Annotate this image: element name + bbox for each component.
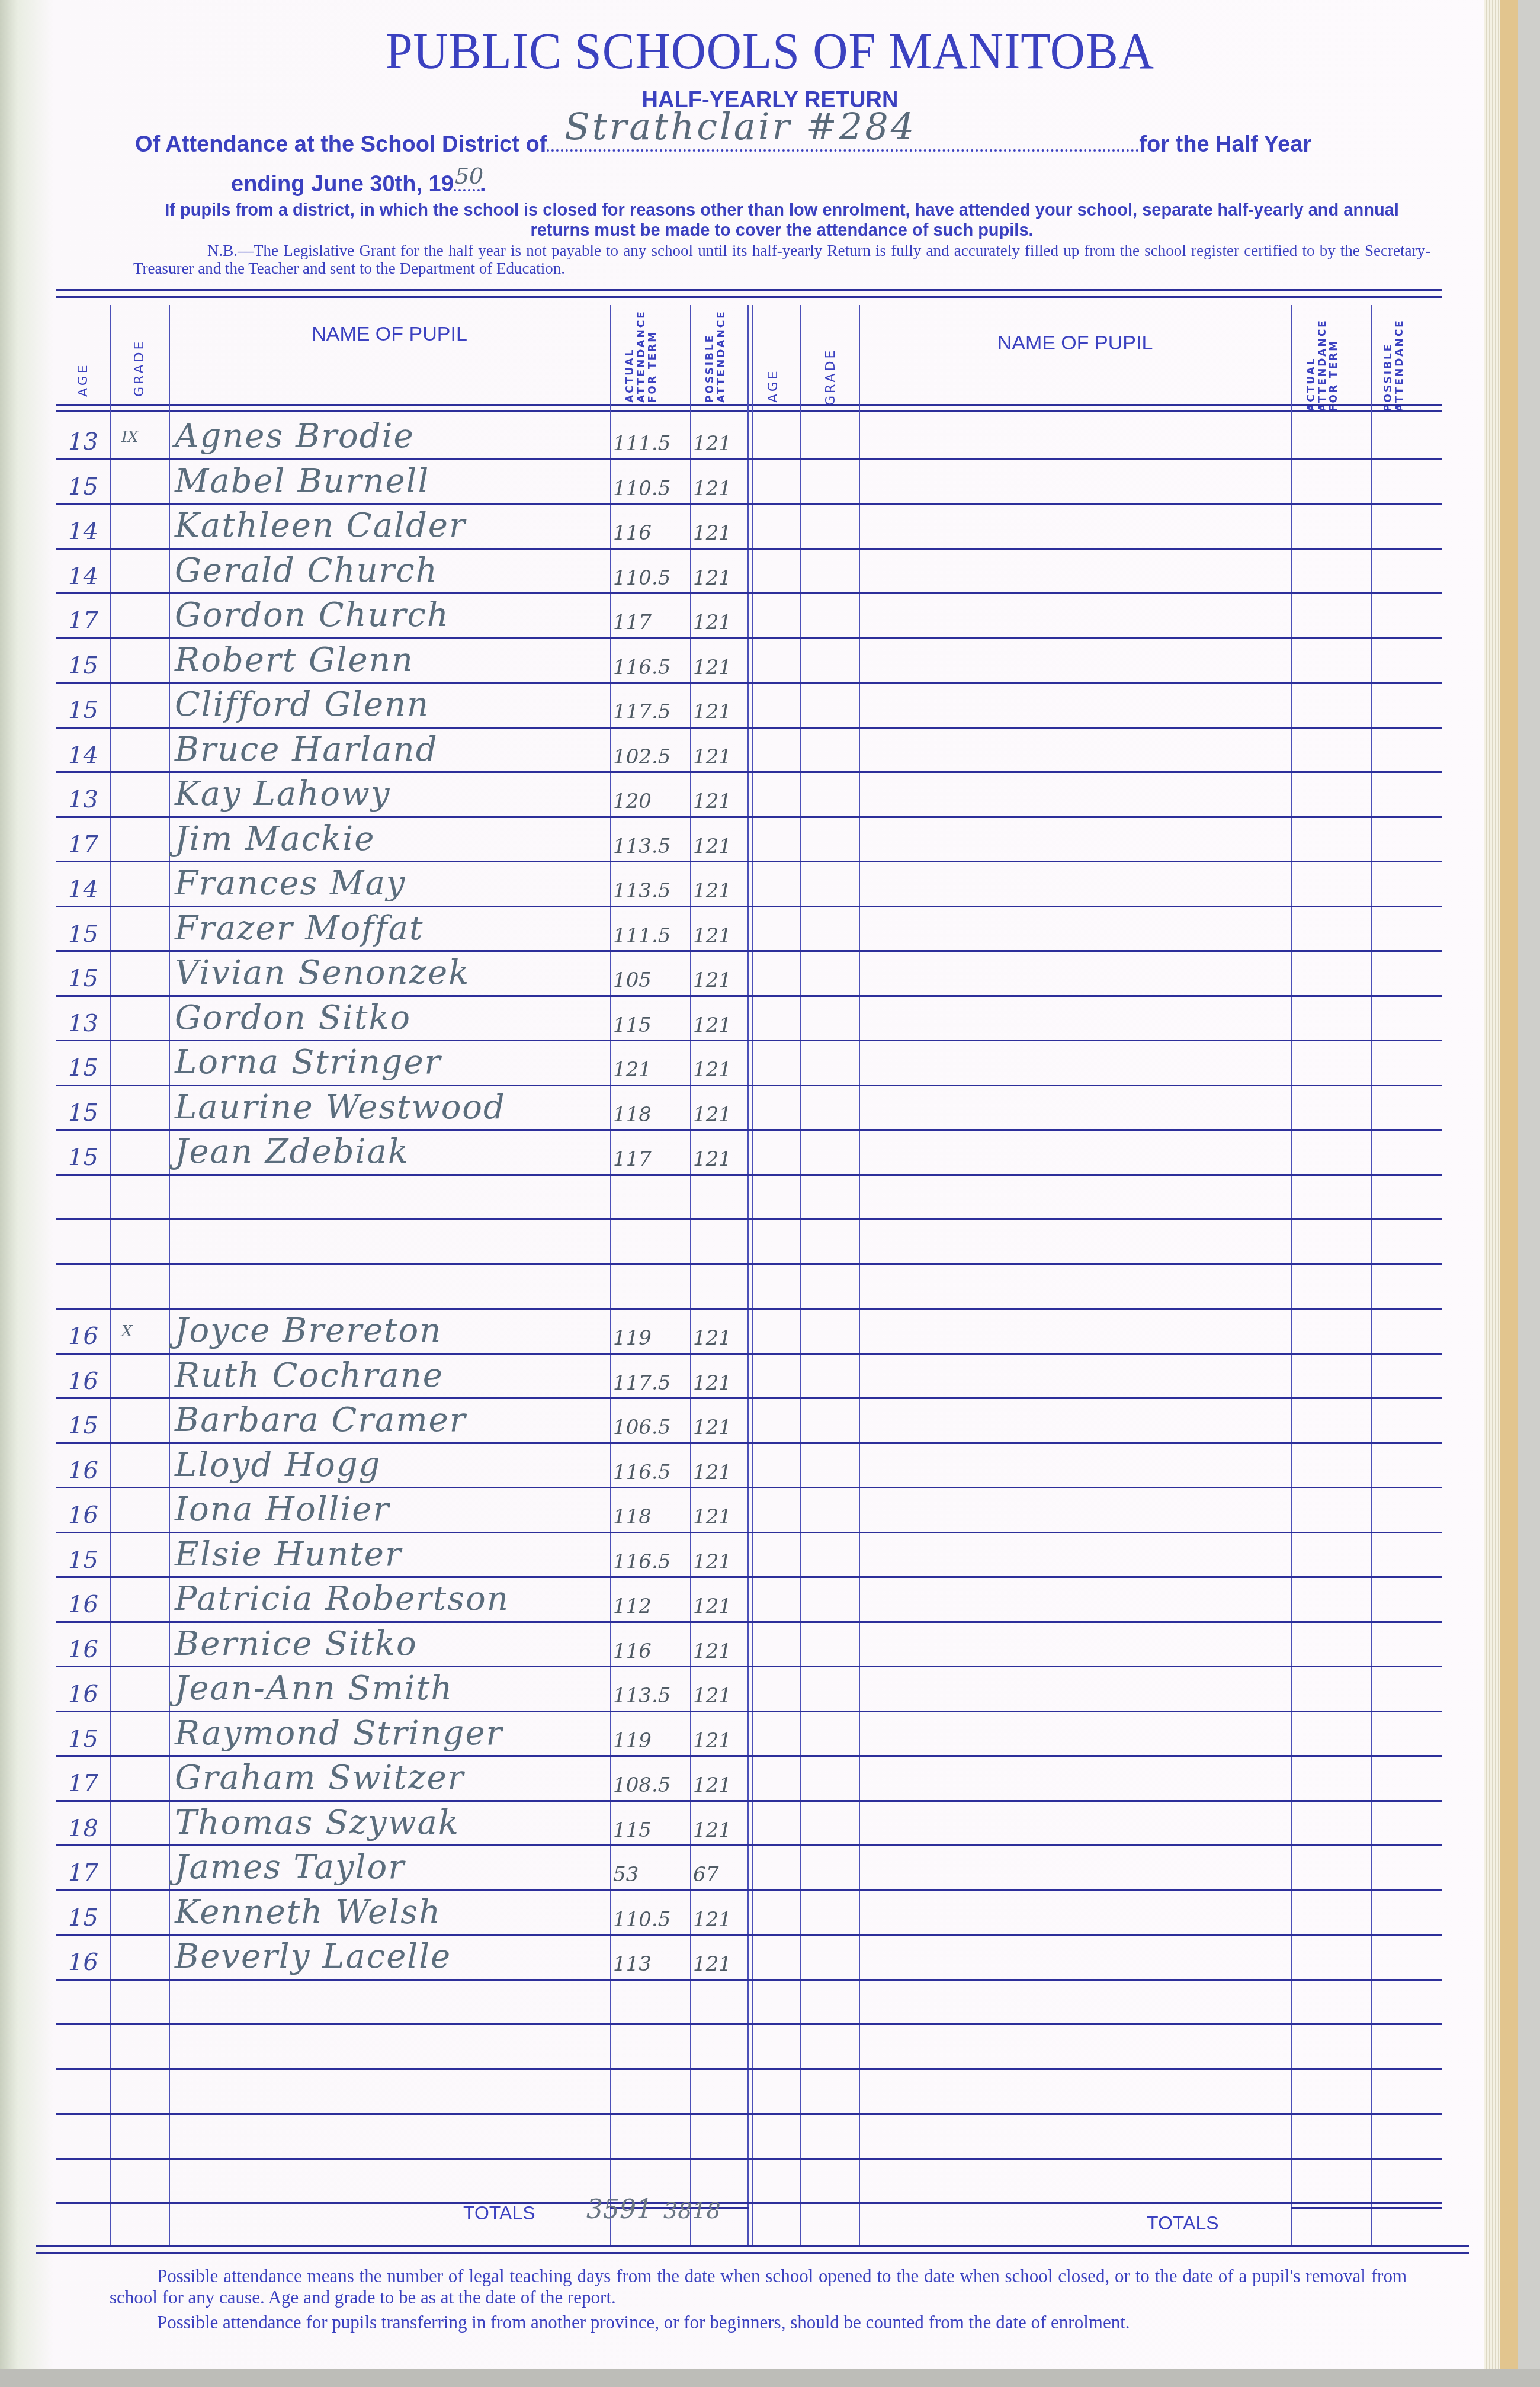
cell-name[interactable]: Clifford Glenn [175, 685, 429, 724]
cell-possible[interactable]: 121 [693, 1058, 749, 1082]
cell-name[interactable]: Lloyd Hogg [175, 1446, 381, 1484]
top-rule [56, 289, 1442, 291]
table-row: 15Lorna Stringer121121 [56, 1041, 749, 1085]
cell-possible[interactable]: 121 [693, 566, 749, 590]
cell-possible[interactable]: 121 [693, 745, 749, 769]
top-rule-2 [56, 296, 1442, 298]
totals-label-left: TOTALS [463, 2202, 535, 2224]
totals-actual-left: 3591 [586, 2194, 653, 2225]
cell-age[interactable]: 14 [68, 518, 98, 545]
cell-possible[interactable]: 121 [693, 835, 749, 858]
district-value: Strathclair #284 [564, 105, 916, 148]
col-possible-right: POSSIBLE ATTENDANCE [1383, 314, 1408, 412]
table-row [56, 2025, 749, 2069]
cell-possible[interactable]: 67 [693, 1863, 749, 1886]
cell-actual[interactable]: 113.5 [613, 879, 690, 903]
form-title: PUBLIC SCHOOLS OF MANITOBA [0, 23, 1540, 81]
bottom-rule-2 [36, 2252, 1469, 2254]
cell-age[interactable]: 15 [68, 697, 98, 724]
table-row: 16Lloyd Hogg116.5121 [56, 1443, 749, 1488]
cell-actual[interactable]: 119 [613, 1729, 690, 1753]
table-row: 15Mabel Burnell110.5121 [56, 460, 749, 504]
table-row [56, 1175, 749, 1220]
col-grade-left: GRADE [133, 314, 146, 397]
cell-name[interactable]: Kay Lahowy [175, 775, 391, 813]
table-row: 13IXAgnes Brodie111.5121 [56, 415, 749, 459]
table-row: 13Gordon Sitko115121 [56, 996, 749, 1041]
cell-age[interactable]: 15 [68, 1054, 98, 1082]
cell-possible[interactable]: 121 [693, 1461, 749, 1484]
cell-actual[interactable]: 117 [613, 1147, 690, 1171]
table-row: 15Raymond Stringer119121 [56, 1712, 749, 1756]
cell-actual[interactable]: 111.5 [613, 924, 690, 948]
cell-age[interactable]: 14 [68, 563, 98, 590]
cell-actual[interactable]: 113.5 [613, 1684, 690, 1708]
cell-age[interactable]: 16 [68, 1457, 98, 1484]
cell-name[interactable]: Laurine Westwood [175, 1088, 506, 1127]
cell-age[interactable]: 15 [68, 920, 98, 948]
cell-name[interactable]: Agnes Brodie [175, 417, 415, 455]
cell-name[interactable]: Raymond Stringer [175, 1714, 503, 1753]
cell-actual[interactable]: 110.5 [613, 1908, 690, 1932]
cell-possible[interactable]: 121 [693, 521, 749, 545]
cell-possible[interactable]: 121 [693, 611, 749, 634]
header-rule-2 [56, 410, 1442, 412]
cell-actual[interactable]: 118 [613, 1103, 690, 1127]
cell-actual[interactable]: 102.5 [613, 745, 690, 769]
cell-name[interactable]: Robert Glenn [175, 641, 414, 679]
table-row: 15Laurine Westwood118121 [56, 1086, 749, 1130]
cell-age[interactable]: 17 [68, 1770, 98, 1797]
cell-actual[interactable]: 116.5 [613, 1550, 690, 1574]
cell-age[interactable]: 14 [68, 875, 98, 903]
table-row: 14Kathleen Calder116121 [56, 504, 749, 548]
cell-actual[interactable]: 116.5 [613, 1461, 690, 1484]
cell-age[interactable]: 18 [68, 1815, 98, 1842]
totals-rule [1291, 2207, 1442, 2209]
district-field[interactable]: Strathclair #284 [547, 131, 1139, 152]
table-row [56, 2070, 749, 2114]
cell-actual[interactable]: 116.5 [613, 656, 690, 679]
cell-age[interactable]: 15 [68, 652, 98, 679]
cell-possible[interactable]: 121 [693, 1640, 749, 1663]
cell-age[interactable]: 15 [68, 473, 98, 500]
cell-name[interactable]: Bruce Harland [175, 730, 438, 769]
cell-name[interactable]: Jean-Ann Smith [175, 1669, 453, 1708]
table-row: 15Robert Glenn116.5121 [56, 639, 749, 683]
col-name-left: NAME OF PUPIL [169, 323, 610, 346]
cell-possible[interactable]: 121 [693, 1729, 749, 1753]
cell-possible[interactable]: 121 [693, 432, 749, 455]
table-row: 15Kenneth Welsh110.5121 [56, 1891, 749, 1935]
cell-name[interactable]: Barbara Cramer [175, 1401, 467, 1439]
cell-name[interactable]: Frances May [175, 864, 406, 903]
cell-age[interactable]: 13 [68, 1010, 98, 1037]
table-row: 16XJoyce Brereton119121 [56, 1309, 749, 1353]
cell-actual[interactable]: 116 [613, 521, 690, 545]
cell-name[interactable]: Mabel Burnell [175, 462, 429, 500]
cell-name[interactable]: Frazer Moffat [175, 909, 424, 948]
table-row: 15Barbara Cramer106.5121 [56, 1398, 749, 1443]
cell-age[interactable]: 16 [68, 1368, 98, 1395]
table-row: 15Clifford Glenn117.5121 [56, 683, 749, 727]
cell-actual[interactable]: 113 [613, 1952, 690, 1976]
cell-name[interactable]: Bernice Sitko [175, 1625, 418, 1663]
table-row: 17James Taylor5367 [56, 1846, 749, 1890]
table-row: 14Frances May113.5121 [56, 862, 749, 906]
cell-possible[interactable]: 121 [693, 700, 749, 724]
cell-age[interactable]: 16 [68, 1591, 98, 1618]
cell-possible[interactable]: 121 [693, 477, 749, 500]
closed-district-notice: If pupils from a district, in which the … [133, 200, 1430, 240]
column-divider [859, 305, 860, 2245]
cell-grade[interactable]: IX [121, 428, 139, 446]
table-row: 16Beverly Lacelle113121 [56, 1935, 749, 1979]
cell-possible[interactable]: 121 [693, 1550, 749, 1574]
cell-name[interactable]: Ruth Cochrane [175, 1356, 444, 1395]
year-field[interactable]: 50 [454, 172, 480, 191]
cell-possible[interactable]: 121 [693, 790, 749, 813]
table-row: 16Jean-Ann Smith113.5121 [56, 1667, 749, 1711]
cell-name[interactable]: Lorna Stringer [175, 1043, 441, 1082]
table-row [56, 1265, 749, 1309]
year-value: 50 [455, 163, 483, 189]
cell-age[interactable]: 13 [68, 786, 98, 813]
cell-age[interactable]: 15 [68, 1904, 98, 1932]
cell-name[interactable]: Vivian Senonzek [175, 954, 470, 992]
footer-notes: Possible attendance means the number of … [110, 2266, 1407, 2337]
cell-possible[interactable]: 121 [693, 1594, 749, 1618]
table-row: 14Bruce Harland102.5121 [56, 728, 749, 772]
cell-name[interactable]: Beverly Lacelle [175, 1937, 451, 1976]
cell-name[interactable]: Kathleen Calder [175, 506, 466, 545]
table-row: 16Iona Hollier118121 [56, 1488, 749, 1532]
cell-age[interactable]: 16 [68, 1680, 98, 1708]
cell-name[interactable]: Jean Zdebiak [175, 1132, 409, 1171]
table-row: 15Jean Zdebiak117121 [56, 1130, 749, 1175]
cell-age[interactable]: 17 [68, 607, 98, 634]
cell-age[interactable]: 15 [68, 1144, 98, 1171]
cell-possible[interactable]: 121 [693, 1908, 749, 1932]
cell-possible[interactable]: 121 [693, 1952, 749, 1976]
cell-possible[interactable]: 121 [693, 1684, 749, 1708]
cell-actual[interactable]: 111.5 [613, 432, 690, 455]
cell-actual[interactable]: 110.5 [613, 566, 690, 590]
cell-actual[interactable]: 113.5 [613, 835, 690, 858]
table-row: 13Kay Lahowy120121 [56, 772, 749, 817]
cell-possible[interactable]: 121 [693, 1371, 749, 1395]
cell-name[interactable]: Gerald Church [175, 551, 438, 590]
table-row: 17Graham Switzer108.5121 [56, 1756, 749, 1801]
table-row: 16Ruth Cochrane117.5121 [56, 1354, 749, 1398]
district-suffix: for the Half Year [1139, 132, 1311, 157]
cell-possible[interactable]: 121 [693, 1416, 749, 1439]
cell-possible[interactable]: 121 [693, 1013, 749, 1037]
table-row: 15Frazer Moffat111.5121 [56, 907, 749, 951]
table-row [56, 1980, 749, 2025]
col-possible-left: POSSIBLE ATTENDANCE [705, 299, 730, 403]
cell-name[interactable]: Graham Switzer [175, 1759, 464, 1797]
cell-possible[interactable]: 121 [693, 1103, 749, 1127]
table-row: 15Elsie Hunter116.5121 [56, 1533, 749, 1577]
col-actual-left: ACTUAL ATTENDANCE FOR TERM [625, 299, 660, 403]
table-row: 15Vivian Senonzek105121 [56, 951, 749, 996]
bottom-rule [36, 2245, 1469, 2247]
cell-name[interactable]: James Taylor [175, 1848, 405, 1886]
cell-actual[interactable]: 115 [613, 1013, 690, 1037]
district-prefix: Of Attendance at the School District of [135, 132, 547, 157]
page-edges [1484, 0, 1500, 2387]
cell-age[interactable]: 15 [68, 1412, 98, 1439]
cell-possible[interactable]: 121 [693, 656, 749, 679]
table-row: 16Bernice Sitko116121 [56, 1622, 749, 1667]
table-row [56, 1220, 749, 1264]
ending-prefix: ending June 30th, 19 [231, 172, 454, 197]
cell-actual[interactable]: 112 [613, 1594, 690, 1618]
background [1518, 0, 1540, 2387]
row-rule [56, 2202, 1442, 2204]
cell-actual[interactable]: 116 [613, 1640, 690, 1663]
column-divider [800, 305, 801, 2245]
cell-name[interactable]: Thomas Szywak [175, 1804, 460, 1842]
cell-actual[interactable]: 117.5 [613, 700, 690, 724]
cell-name[interactable]: Kenneth Welsh [175, 1893, 441, 1932]
cell-actual[interactable]: 118 [613, 1505, 690, 1529]
background-bottom [0, 2369, 1540, 2387]
cell-age[interactable]: 16 [68, 1501, 98, 1529]
cell-actual[interactable]: 115 [613, 1818, 690, 1842]
col-name-right: NAME OF PUPIL [859, 332, 1291, 355]
cell-name[interactable]: Gordon Church [175, 596, 450, 634]
cell-possible[interactable]: 121 [693, 879, 749, 903]
cell-name[interactable]: Joyce Brereton [175, 1311, 442, 1350]
table-row: 18Thomas Szywak115121 [56, 1801, 749, 1846]
cell-age[interactable]: 17 [68, 831, 98, 858]
footer-para-possible-attendance: Possible attendance means the number of … [110, 2266, 1407, 2308]
cell-possible[interactable]: 121 [693, 1773, 749, 1797]
totals-possible-left: 3818 [663, 2197, 721, 2224]
cell-grade[interactable]: X [121, 1323, 133, 1340]
cell-possible[interactable]: 121 [693, 968, 749, 992]
ending-line: ending June 30th, 1950. [231, 172, 486, 197]
cell-possible[interactable]: 121 [693, 1326, 749, 1350]
table-row: 14Gerald Church110.5121 [56, 549, 749, 593]
cell-actual[interactable]: 105 [613, 968, 690, 992]
cell-age[interactable]: 15 [68, 1725, 98, 1753]
cell-name[interactable]: Patricia Robertson [175, 1580, 509, 1618]
cell-actual[interactable]: 53 [613, 1863, 690, 1886]
column-divider [1371, 305, 1372, 2245]
cell-age[interactable]: 15 [68, 965, 98, 992]
cell-name[interactable]: Iona Hollier [175, 1490, 390, 1529]
cell-age[interactable]: 14 [68, 742, 98, 769]
book-cover-edge [1500, 0, 1518, 2387]
table-row [56, 2114, 749, 2158]
cell-possible[interactable]: 121 [693, 1505, 749, 1529]
col-age-left: AGE [77, 338, 90, 397]
cell-age[interactable]: 16 [68, 1636, 98, 1663]
cell-name[interactable]: Jim Mackie [175, 820, 375, 858]
cell-actual[interactable]: 119 [613, 1326, 690, 1350]
cell-age[interactable]: 15 [68, 1547, 98, 1574]
district-line: Of Attendance at the School District ofS… [135, 131, 1438, 167]
cell-possible[interactable]: 121 [693, 1147, 749, 1171]
cell-actual[interactable]: 121 [613, 1058, 690, 1082]
cell-age[interactable]: 13 [68, 428, 98, 455]
cell-name[interactable]: Gordon Sitko [175, 999, 411, 1037]
cell-actual[interactable]: 110.5 [613, 477, 690, 500]
cell-name[interactable]: Elsie Hunter [175, 1535, 402, 1574]
cell-possible[interactable]: 121 [693, 1818, 749, 1842]
column-divider [752, 305, 753, 2245]
col-grade-right: GRADE [824, 323, 838, 406]
totals-label-right: TOTALS [1147, 2212, 1219, 2234]
cell-actual[interactable]: 117.5 [613, 1371, 690, 1395]
header-rule [56, 404, 1442, 406]
cell-possible[interactable]: 121 [693, 924, 749, 948]
table-row: 16Patricia Robertson112121 [56, 1577, 749, 1622]
table-row: 17Jim Mackie113.5121 [56, 817, 749, 862]
cell-age[interactable]: 15 [68, 1099, 98, 1127]
cell-age[interactable]: 16 [68, 1949, 98, 1976]
cell-age[interactable]: 17 [68, 1859, 98, 1886]
col-actual-right: ACTUAL ATTENDANCE FOR TERM [1306, 311, 1342, 412]
cell-actual[interactable]: 106.5 [613, 1416, 690, 1439]
cell-actual[interactable]: 120 [613, 790, 690, 813]
cell-actual[interactable]: 117 [613, 611, 690, 634]
footer-para-transfers: Possible attendance for pupils transferr… [110, 2312, 1407, 2333]
cell-age[interactable]: 16 [68, 1323, 98, 1350]
legislative-grant-note: N.B.—The Legislative Grant for the half … [133, 242, 1430, 277]
col-age-right: AGE [767, 349, 780, 403]
column-divider [1291, 305, 1292, 2245]
table-row: 17Gordon Church117121 [56, 593, 749, 638]
cell-actual[interactable]: 108.5 [613, 1773, 690, 1797]
